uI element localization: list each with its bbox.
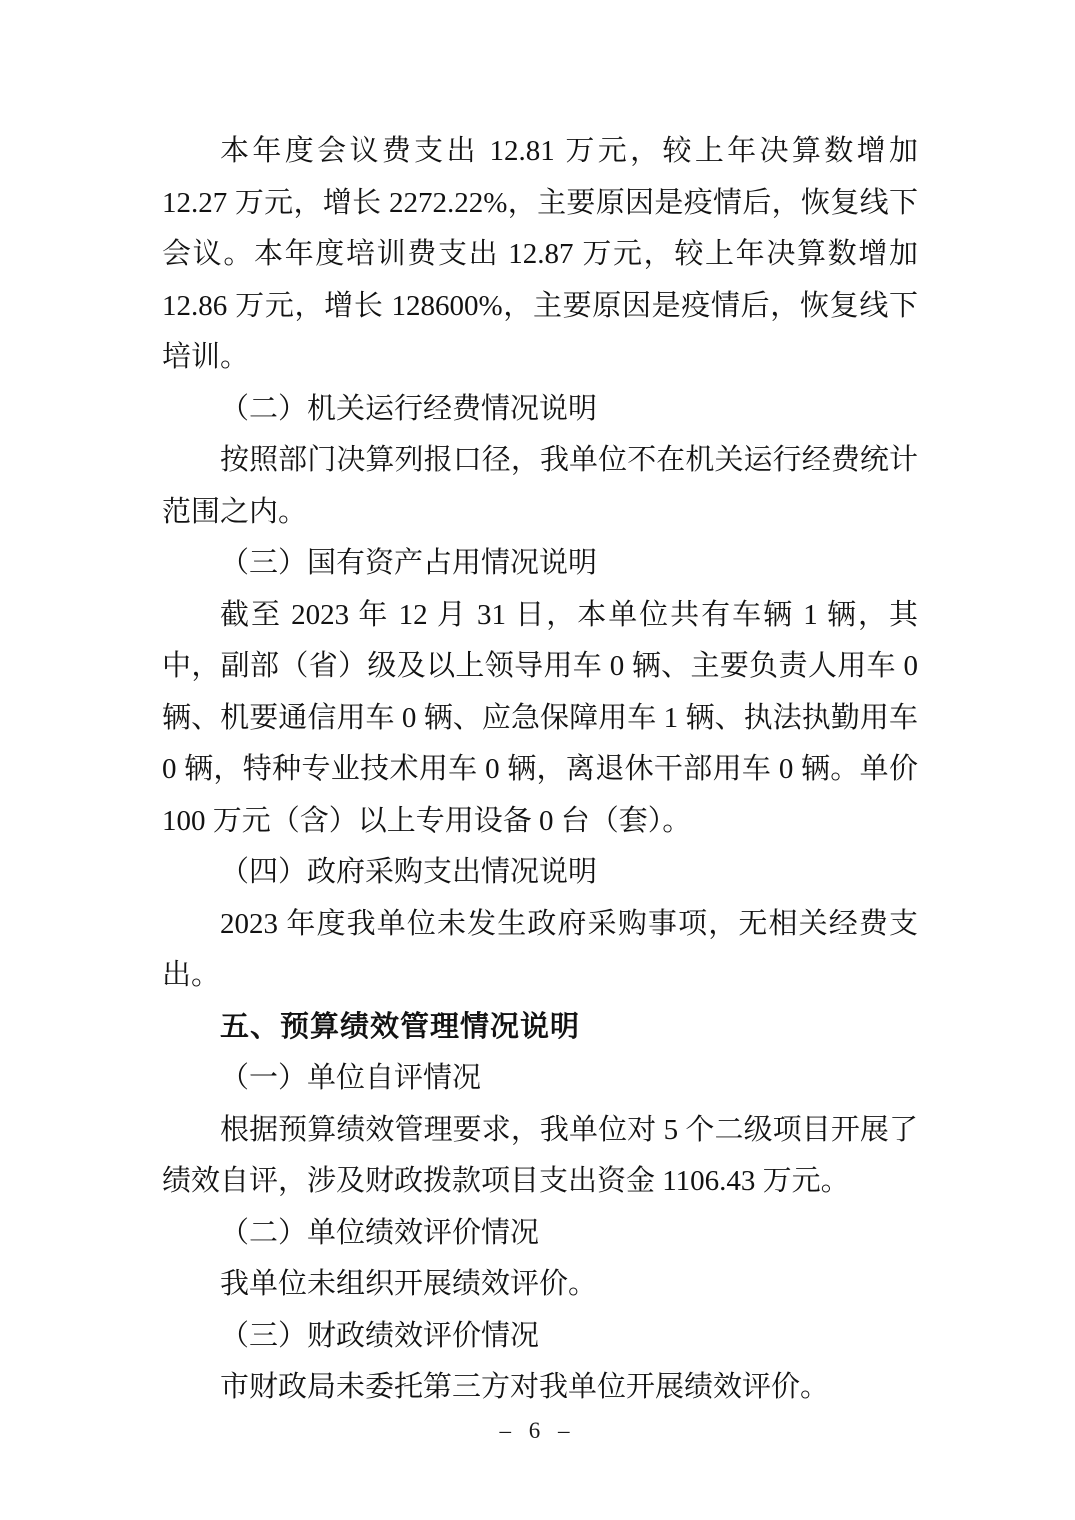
- body-paragraph: 按照部门决算列报口径，我单位不在机关运行经费统计范围之内。: [162, 435, 918, 538]
- document-body: 本年度会议费支出 12.81 万元，较上年决算数增加 12.27 万元，增长 2…: [162, 126, 918, 1414]
- section-heading: （一）单位自评情况: [162, 1053, 918, 1105]
- body-paragraph: 我单位未组织开展绩效评价。: [162, 1259, 918, 1311]
- section-heading: （二）机关运行经费情况说明: [162, 384, 918, 436]
- chapter-heading: 五、预算绩效管理情况说明: [162, 1002, 918, 1054]
- body-paragraph: 根据预算绩效管理要求，我单位对 5 个二级项目开展了绩效自评，涉及财政拨款项目支…: [162, 1105, 918, 1208]
- body-paragraph: 本年度会议费支出 12.81 万元，较上年决算数增加 12.27 万元，增长 2…: [162, 126, 918, 384]
- body-paragraph: 市财政局未委托第三方对我单位开展绩效评价。: [162, 1362, 918, 1414]
- page-number: – 6 –: [0, 1418, 1075, 1444]
- body-paragraph: 截至 2023 年 12 月 31 日，本单位共有车辆 1 辆，其中，副部（省）…: [162, 590, 918, 848]
- section-heading: （三）财政绩效评价情况: [162, 1311, 918, 1363]
- section-heading: （二）单位绩效评价情况: [162, 1208, 918, 1260]
- section-heading: （三）国有资产占用情况说明: [162, 538, 918, 590]
- section-heading: （四）政府采购支出情况说明: [162, 847, 918, 899]
- body-paragraph: 2023 年度我单位未发生政府采购事项，无相关经费支出。: [162, 899, 918, 1002]
- document-page: 本年度会议费支出 12.81 万元，较上年决算数增加 12.27 万元，增长 2…: [0, 0, 1075, 1520]
